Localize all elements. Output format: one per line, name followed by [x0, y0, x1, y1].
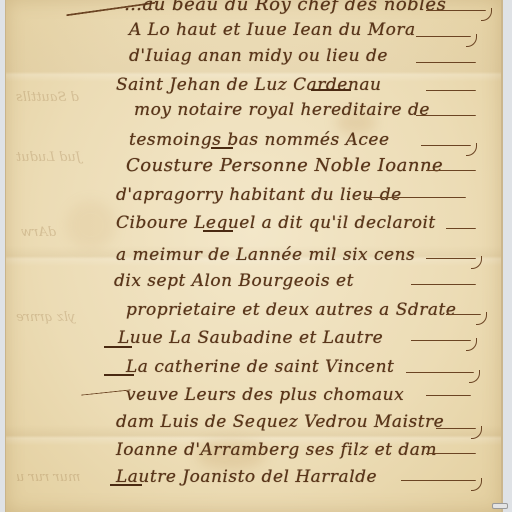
manuscript-line: A Lo haut et Iuue Iean du Mora: [129, 20, 416, 40]
manuscript-line: tesmoings bas nommés Acee: [129, 130, 390, 150]
separator-dash: [104, 346, 132, 348]
line-tail-stroke: [411, 340, 471, 341]
manuscript-line: Ioanne d'Arramberg ses filz et dam: [116, 440, 437, 460]
line-tail-stroke: [426, 90, 476, 91]
paper-stain: [66, 200, 116, 250]
separator-dash: [203, 230, 233, 232]
binding-thread: [492, 503, 508, 509]
line-tail-stroke: [426, 170, 476, 171]
manuscript-line: La catherine de saint Vincent: [126, 357, 394, 377]
line-tail-stroke: [411, 284, 476, 285]
manuscript-line: Luue La Saubadine et Lautre: [118, 328, 383, 348]
manuscript-line: proprietaire et deux autres a Sdrate: [126, 300, 456, 320]
notary-stroke: [311, 89, 351, 91]
manuscript-line: dix sept Alon Bourgeois et: [114, 271, 354, 291]
line-tail-stroke: [426, 395, 471, 396]
bleed-through-text: dArw: [21, 225, 56, 240]
separator-dash: [104, 374, 134, 376]
bleed-through-text: d Sauttlls: [16, 90, 79, 105]
bleed-through-text: Jud Ludut: [16, 150, 81, 165]
line-tail-stroke: [416, 62, 476, 63]
line-tail-stroke: [446, 228, 476, 229]
manuscript-line: a meimur de Lannée mil six cens: [116, 245, 415, 265]
manuscript-line: d'apragorry habitant du lieu de: [116, 185, 402, 205]
line-tail-stroke: [426, 258, 476, 259]
manuscript-line: d'Iuiag anan midy ou lieu de: [129, 46, 388, 66]
line-tail-stroke: [416, 36, 471, 37]
line-tail-stroke: [406, 372, 474, 373]
manuscript-line: Lautre Joanisto del Harralde: [116, 467, 377, 487]
line-tail-stroke: [436, 428, 476, 429]
manuscript-line: …au beau du Roy chef des nobles: [124, 0, 446, 15]
manuscript-line: veuve Leurs des plus chomaux: [126, 385, 404, 405]
bleed-through-text: ylz qrnre: [16, 310, 75, 325]
separator-dash: [211, 147, 233, 149]
manuscript-line: dam Luis de Sequez Vedrou Maistre: [116, 412, 444, 432]
manuscript-line: Cousture Personne Noble Ioanne: [126, 155, 443, 176]
line-tail-stroke: [416, 115, 476, 116]
line-tail-stroke: [426, 453, 476, 454]
line-tail-stroke: [426, 10, 486, 11]
line-tail-stroke: [366, 197, 466, 198]
line-tail-stroke: [421, 145, 471, 146]
line-tail-stroke: [446, 314, 481, 315]
line-tail-stroke: [401, 480, 476, 481]
manuscript-page: d Sauttlls Jud Ludut dArw ylz qrnre mur …: [5, 0, 503, 512]
manuscript-line: Ciboure Lequel a dit qu'il declaroit: [116, 213, 436, 233]
manuscript-line: Saint Jehan de Luz Cardenau: [116, 75, 381, 95]
line-tail-stroke: [81, 389, 131, 395]
separator-dash: [110, 484, 142, 486]
bleed-through-text: mur rur u: [16, 470, 80, 485]
manuscript-line: moy notaire royal hereditaire de: [134, 100, 430, 120]
